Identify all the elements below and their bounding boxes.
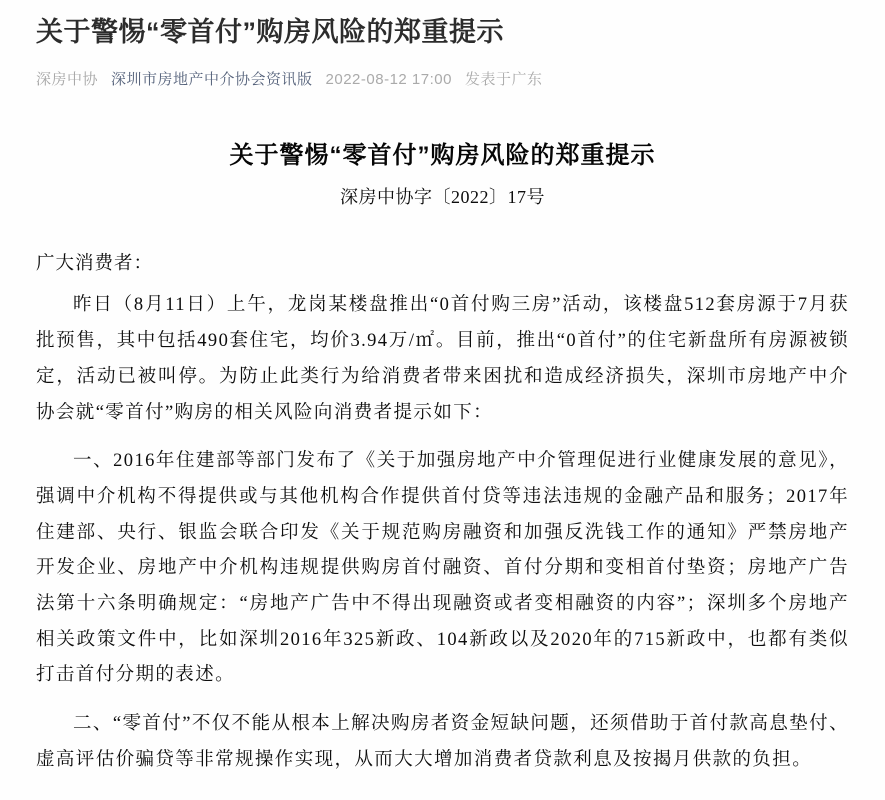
page-title: 关于警惕“零首付”购房风险的郑重提示	[36, 14, 849, 50]
article-header: 关于警惕“零首付”购房风险的郑重提示 深房中协 深圳市房地产中介协会资讯版 20…	[0, 0, 885, 89]
paragraph-point-two: 二、“零首付”不仅不能从根本上解决购房者资金短缺问题，还须借助于首付款高息垫付、…	[36, 707, 849, 778]
account-name-link[interactable]: 深圳市房地产中介协会资讯版	[111, 68, 313, 89]
author-label: 深房中协	[36, 68, 98, 89]
document-number: 深房中协字〔2022〕17号	[36, 183, 849, 209]
salutation-line: 广大消费者：	[36, 249, 849, 275]
publish-location: 发表于广东	[465, 68, 543, 89]
article-meta: 深房中协 深圳市房地产中介协会资讯版 2022-08-12 17:00 发表于广…	[36, 68, 849, 89]
paragraph-intro: 昨日（8月11日）上午，龙岗某楼盘推出“0首付购三房”活动，该楼盘512套房源于…	[36, 288, 849, 431]
publish-timestamp: 2022-08-12 17:00	[326, 71, 452, 88]
article-page: 关于警惕“零首付”购房风险的郑重提示 深房中协 深圳市房地产中介协会资讯版 20…	[0, 0, 885, 800]
document-title: 关于警惕“零首付”购房风险的郑重提示	[36, 135, 849, 170]
paragraph-point-one: 一、2016年住建部等部门发布了《关于加强房地产中介管理促进行业健康发展的意见》…	[36, 444, 849, 694]
article-body: 关于警惕“零首付”购房风险的郑重提示 深房中协字〔2022〕17号 广大消费者：…	[0, 135, 885, 778]
